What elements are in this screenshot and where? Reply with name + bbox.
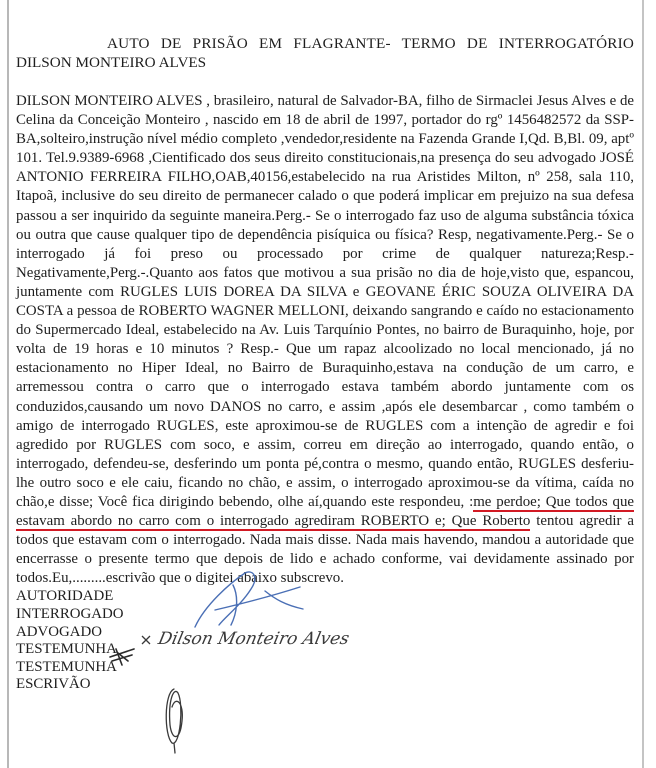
highlighted-statement-1: me perdoe; Que todos que	[473, 494, 634, 512]
signature-line-advogado: ADVOGADO	[16, 624, 634, 642]
body-text-main: DILSON MONTEIRO ALVES , brasileiro, natu…	[16, 93, 634, 510]
signature-label: TESTEMUNHA	[16, 659, 117, 675]
highlighted-statement-2: estavam abordo no carro com o interrogad…	[16, 513, 530, 531]
subject-name: DILSON MONTEIRO ALVES	[16, 53, 634, 72]
escrivao-signature	[160, 685, 190, 755]
signature-label: TESTEMUNHA	[16, 641, 117, 657]
page-border-right	[642, 0, 644, 768]
signature-label: ADVOGADO	[16, 624, 102, 640]
page-border-left	[7, 0, 9, 768]
signature-label: AUTORIDADE	[16, 588, 113, 604]
signature-line-escrivao: ESCRIVÃO	[16, 676, 634, 694]
signature-line-interrogado: INTERROGADO	[16, 606, 634, 624]
document-title: AUTO DE PRISÃO EM FLAGRANTE- TERMO DE IN…	[16, 34, 634, 53]
signature-line-testemunha-1: TESTEMUNHA	[16, 641, 634, 659]
signature-block: AUTORIDADE INTERROGADO ADVOGADO TESTEMUN…	[16, 588, 634, 694]
signature-line-autoridade: AUTORIDADE	[16, 588, 634, 606]
signature-label: INTERROGADO	[16, 606, 124, 622]
signature-label: ESCRIVÃO	[16, 676, 90, 692]
interrogation-body: DILSON MONTEIRO ALVES , brasileiro, natu…	[16, 92, 634, 588]
document: AUTO DE PRISÃO EM FLAGRANTE- TERMO DE IN…	[16, 34, 634, 694]
signature-line-testemunha-2: TESTEMUNHA	[16, 659, 634, 677]
